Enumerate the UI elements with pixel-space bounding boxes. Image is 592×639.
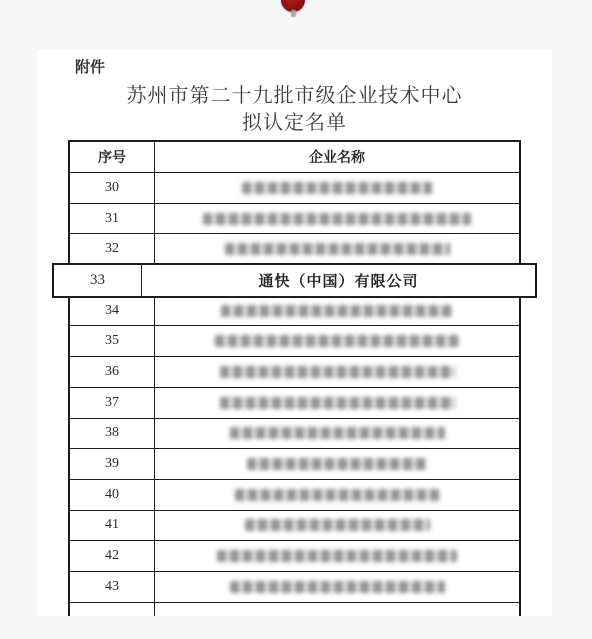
row-serial-number: 32 (70, 234, 155, 264)
table-header-row: 序号 企业名称 (70, 142, 519, 172)
company-name-blurred (155, 296, 519, 326)
table-row: 35 (70, 325, 519, 356)
row-serial-number: 40 (70, 480, 155, 510)
row-serial-number: 43 (70, 572, 155, 602)
table-row: 41 (70, 510, 519, 541)
table-row: 36 (70, 356, 519, 387)
blurred-text-bar (245, 519, 430, 531)
company-name-blurred (155, 541, 519, 571)
company-name-blurred (155, 480, 519, 510)
row-serial-number: 30 (70, 173, 155, 203)
company-name-blurred (155, 204, 519, 234)
blurred-text-bar (221, 305, 453, 317)
table-row-partial (70, 602, 519, 616)
highlighted-row-33: 33 通快（中国）有限公司 (52, 263, 537, 298)
table-row: 32 (70, 233, 519, 264)
blurred-text-bar (215, 335, 460, 347)
table-row: 40 (70, 479, 519, 510)
table-row: 38 (70, 418, 519, 449)
document-title-line1: 苏州市第二十九批市级企业技术中心 (37, 79, 552, 108)
company-name-blurred (155, 572, 519, 602)
column-header-serial: 序号 (70, 142, 155, 172)
column-header-company: 企业名称 (155, 142, 519, 172)
table-row: 42 (70, 540, 519, 571)
blurred-text-bar (247, 458, 427, 470)
row-serial-number: 35 (70, 326, 155, 356)
blurred-text-bar (225, 243, 450, 255)
company-name-blurred (155, 511, 519, 541)
blurred-text-bar (230, 427, 445, 439)
blurred-text-bar (217, 550, 457, 562)
row-serial-number: 41 (70, 511, 155, 541)
screenshot-background: { "decorations": { "pin_icon": "red-pin"… (0, 0, 592, 639)
table-row: 37 (70, 387, 519, 418)
company-name-blurred (155, 326, 519, 356)
highlighted-company-name: 通快（中国）有限公司 (142, 265, 535, 296)
company-name-blurred (155, 419, 519, 449)
red-pin-stem (291, 10, 296, 17)
blurred-text-bar (235, 489, 440, 501)
company-name-blurred (155, 173, 519, 203)
row-serial-number: 36 (70, 357, 155, 387)
attachment-label: 附件 (75, 56, 105, 77)
table-row: 34 (70, 295, 519, 326)
company-name-blurred (155, 357, 519, 387)
row-serial-number: 34 (70, 296, 155, 326)
company-name-blurred (155, 234, 519, 264)
blurred-text-bar (220, 366, 455, 378)
document-page: 附件 苏州市第二十九批市级企业技术中心 拟认定名单 序号 企业名称 303132… (37, 50, 552, 616)
table-row: 30 (70, 172, 519, 203)
blurred-text-bar (242, 182, 432, 194)
table-row: 39 (70, 448, 519, 479)
highlighted-row-number: 33 (54, 265, 142, 296)
blurred-text-bar (220, 397, 455, 409)
company-name-blurred (155, 388, 519, 418)
table-body: 30313234353637383940414243 (70, 172, 519, 602)
row-serial-number: 31 (70, 204, 155, 234)
blurred-text-bar (230, 581, 445, 593)
table-row: 31 (70, 203, 519, 234)
row-serial-number: 39 (70, 449, 155, 479)
company-name-blurred (155, 449, 519, 479)
row-serial-number: 42 (70, 541, 155, 571)
table-row: 43 (70, 571, 519, 602)
row-serial-number: 37 (70, 388, 155, 418)
enterprise-table: 序号 企业名称 30313234353637383940414243 (68, 140, 521, 616)
row-serial-number: 38 (70, 419, 155, 449)
document-title-line2: 拟认定名单 (37, 106, 552, 135)
blurred-text-bar (203, 213, 471, 225)
